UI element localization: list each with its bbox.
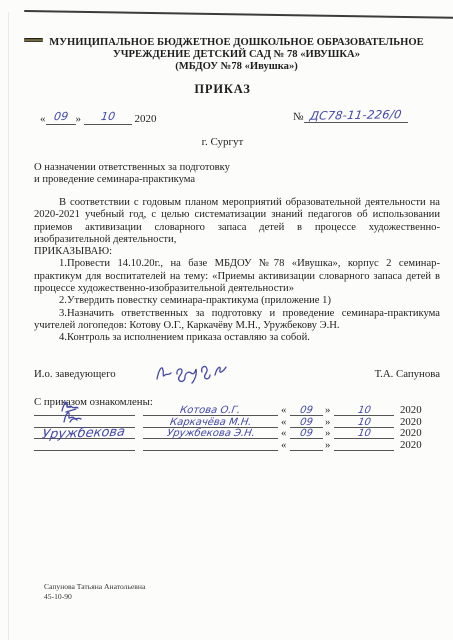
close-quote: »: [76, 113, 82, 125]
order-item-1: 1.Провести 14.10.20г., на базе МБДОУ №78…: [34, 258, 440, 295]
scan-left-edge-artifact: [8, 12, 9, 640]
name-line: [143, 436, 278, 451]
signature-line: [34, 436, 135, 451]
signatory-name: Т.А. Сапунова: [375, 368, 440, 380]
number-sign: №: [293, 111, 304, 123]
executor-phone: 45-10-90: [44, 592, 145, 602]
organization-name: МУНИЦИПАЛЬНОЕ БЮДЖЕТНОЕ ДОШКОЛЬНОЕ ОБРАЗ…: [28, 37, 445, 72]
open-quote: «: [281, 404, 286, 416]
day-line: 09: [46, 110, 76, 125]
order-number-field: №ДС78-11-226/0: [293, 108, 408, 123]
acknowledgement-rows: Котова О.Г. « 09 » 10 2020 Каркачёва М.Н…: [34, 405, 440, 451]
order-item-3: 3.Назначить ответственных за подготовку …: [34, 308, 440, 333]
order-word: ПРИКАЗЫВАЮ:: [34, 246, 440, 258]
day-line: [290, 436, 323, 451]
date-field: «09» 10 2020: [40, 110, 157, 125]
city-label: г. Сургут: [0, 136, 445, 148]
preamble: В соответствии с годовым планом мероприя…: [34, 197, 440, 246]
ack-row: « » 2020: [34, 439, 440, 450]
scan-edge-artifact: [24, 10, 453, 19]
signatory-position: И.о. заведующего: [34, 368, 116, 380]
close-quote: »: [325, 416, 330, 428]
subject-line2: и проведение семинара-практикума: [34, 174, 230, 186]
handwritten-month: 10: [100, 110, 116, 124]
year-label: 2020: [135, 113, 157, 125]
organization-name-line1: МУНИЦИПАЛЬНОЕ БЮДЖЕТНОЕ ДОШКОЛЬНОЕ ОБРАЗ…: [28, 37, 445, 49]
document-title: ПРИКАЗ: [0, 82, 445, 97]
close-quote: »: [325, 427, 330, 439]
executor-name: Сапунова Татьяна Анатольевна: [44, 582, 145, 592]
month-line: 10: [84, 110, 132, 125]
close-quote: »: [325, 404, 330, 416]
year-label: 2020: [400, 416, 422, 428]
organization-name-line3: (МБДОУ №78 «Ивушка»): [28, 61, 445, 73]
subject-line1: О назначении ответственных за подготовку: [34, 162, 230, 174]
order-item-2: 2.Утвердить повестку семинара-практикума…: [34, 295, 440, 307]
year-label: 2020: [400, 439, 422, 451]
order-item-4: 4.Контроль за исполнением приказа оставл…: [34, 332, 440, 344]
organization-name-line2: УЧРЕЖДЕНИЕ ДЕТСКИЙ САД № 78 «ИВУШКА»: [28, 49, 445, 61]
open-quote: «: [281, 439, 286, 451]
order-document-page: МУНИЦИПАЛЬНОЕ БЮДЖЕТНОЕ ДОШКОЛЬНОЕ ОБРАЗ…: [0, 0, 453, 640]
director-signature-icon: [152, 358, 236, 388]
year-label: 2020: [400, 404, 422, 416]
year-label: 2020: [400, 427, 422, 439]
close-quote: »: [325, 439, 330, 451]
subject-block: О назначении ответственных за подготовку…: [34, 162, 230, 187]
director-signature-block: И.о. заведующего Т.А. Сапунова: [34, 358, 440, 392]
month-line: [334, 436, 394, 451]
executor-footer: Сапунова Татьяна Анатольевна 45-10-90: [44, 582, 145, 602]
handwritten-day: 09: [52, 110, 68, 124]
order-body: В соответствии с годовым планом мероприя…: [34, 197, 440, 345]
open-quote: «: [281, 416, 286, 428]
order-number-line: ДС78-11-226/0: [304, 108, 408, 123]
open-quote: «: [281, 427, 286, 439]
handwritten-order-number: ДС78-11-226/0: [309, 107, 403, 123]
